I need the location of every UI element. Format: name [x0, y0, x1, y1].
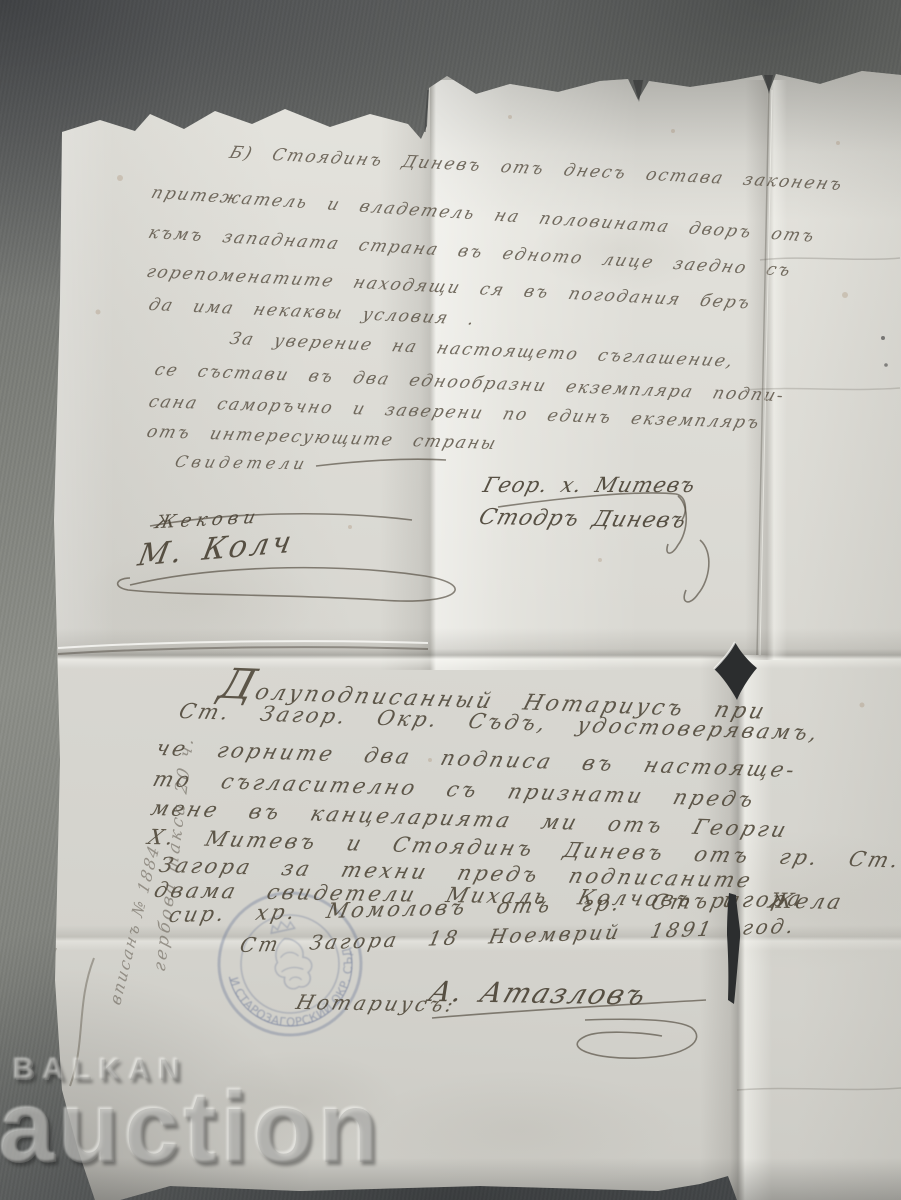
right-vertical-fold-upper	[745, 80, 801, 660]
sheet-edge-highlight	[58, 641, 428, 648]
upper-line-1: Б) Стоядинъ Диневъ отъ днесъ остава зако…	[227, 143, 846, 195]
witnesses-heading: Свидетели	[173, 452, 311, 473]
watermark-auction-text: auction	[0, 1078, 384, 1178]
party-signature-2: Стодръ Диневъ	[476, 505, 690, 533]
witness-flourish-loop	[118, 568, 456, 601]
sheet-edge-shadow	[58, 647, 428, 654]
wrinkle-3	[737, 1088, 901, 1090]
signature-bracket-2	[684, 540, 709, 602]
upper-line-5: да има некаквы условия .	[146, 295, 479, 330]
witnesses-heading-tail	[316, 459, 446, 466]
document-paper: + ПРИ СТАРОЗАГОРСКИЙ ОКР. СЪДЪ + Б) Стоя…	[0, 0, 901, 1200]
paper-shading-top-right	[430, 70, 901, 220]
upper-line-9: отъ интересующите страны	[144, 422, 499, 454]
photo-of-document: + ПРИ СТАРОЗАГОРСКИЙ ОКР. СЪДЪ + Б) Стоя…	[0, 0, 901, 1200]
notary-signature: А. Атазловъ	[425, 975, 653, 1012]
party-signature-1: Геор. х. Митевъ	[481, 473, 699, 497]
notary-flourish-loop	[577, 1019, 696, 1058]
